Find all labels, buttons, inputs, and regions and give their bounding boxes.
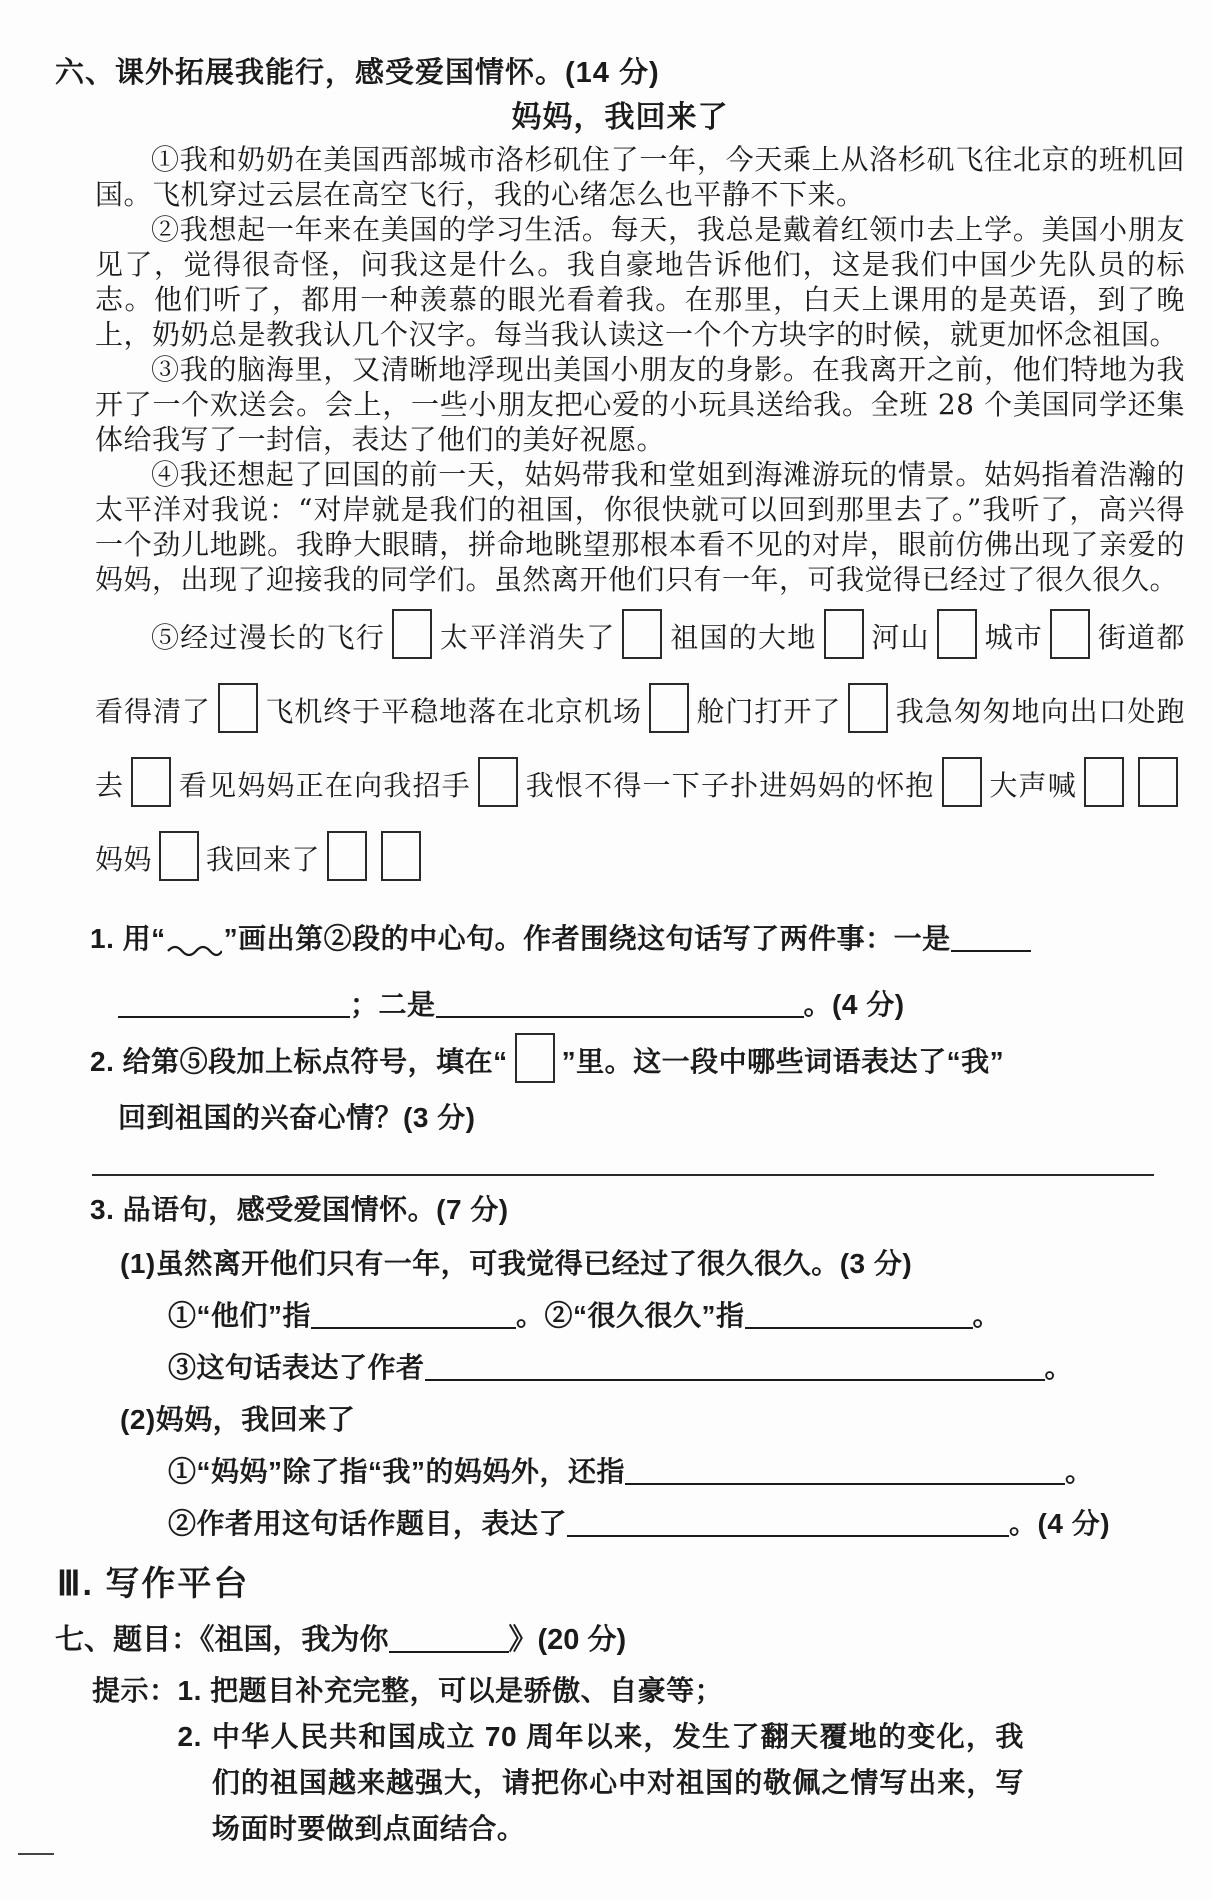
text-run: 祖国的大地	[669, 621, 816, 654]
text-run: 。②“很久很久”指	[516, 1300, 745, 1331]
question-3-item-1: (1)虽然离开他们只有一年，可我觉得已经过了很久很久。(3 分)	[120, 1238, 1185, 1290]
text-run: 看见妈妈正在向我招手	[178, 769, 471, 802]
punctuation-box[interactable]	[515, 1033, 555, 1083]
passage-paragraph-3: ③我的脑海里，又清晰地浮现出美国小朋友的身影。在我离开之前，他们特地为我开了一个…	[95, 352, 1185, 457]
text-run: 河山	[871, 621, 930, 654]
hint-label: 提示：	[92, 1668, 178, 1852]
punctuation-box[interactable]	[1050, 609, 1090, 659]
fill-in-blank[interactable]	[436, 992, 804, 1018]
text-run: ；二是	[350, 989, 436, 1020]
text-run: 妈妈	[95, 843, 152, 876]
text-run: ③这句话表达了作者	[168, 1352, 425, 1383]
text-run: 七、题目：《祖国，我为你	[55, 1624, 389, 1656]
question-2-answer-line[interactable]	[92, 1174, 1154, 1176]
text-run: 。	[973, 1300, 1002, 1331]
text-run: 2. 给第⑤段加上标点符号，填在“	[90, 1046, 508, 1077]
essay-title-line: 七、题目：《祖国，我为你》(20 分)	[55, 1612, 1185, 1668]
text-run: 大声喊	[989, 769, 1077, 802]
text-run: 。	[1045, 1352, 1074, 1383]
punctuation-box[interactable]	[1084, 757, 1124, 807]
punctuation-box[interactable]	[392, 609, 432, 659]
text-run: 城市	[984, 621, 1043, 654]
fill-in-blank[interactable]	[951, 926, 1031, 952]
punctuation-box[interactable]	[159, 831, 199, 881]
text-run: 飞机终于平稳地落在北京机场	[265, 695, 642, 728]
hint-item-2-text: 中华人民共和国成立 70 周年以来，发生了翻天覆地的变化，我们的祖国越来越强大，…	[212, 1714, 1024, 1852]
punctuation-box[interactable]	[937, 609, 977, 659]
passage-title: 妈妈，我回来了	[55, 100, 1185, 136]
text-run: 舱门打开了	[696, 695, 841, 728]
text-run: 。(4 分)	[1009, 1508, 1110, 1539]
question-2-line-1: 2. 给第⑤段加上标点符号，填在“”里。这一段中哪些词语表达了“我”	[90, 1033, 1185, 1090]
hint-items: 1. 把题目补充完整，可以是骄傲、自豪等； 2. 中华人民共和国成立 70 周年…	[178, 1668, 1024, 1852]
hint-item-1: 1. 把题目补充完整，可以是骄傲、自豪等；	[178, 1668, 1024, 1714]
text-run: 1. 用“	[90, 923, 166, 954]
page-content: 六、课外拓展我能行，感受爱国情怀。(14 分) 妈妈，我回来了 ①我和奶奶在美国…	[0, 0, 1212, 1852]
fill-in-blank[interactable]	[425, 1355, 1045, 1381]
fill-in-blank[interactable]	[567, 1511, 1009, 1537]
question-3-heading: 3. 品语句，感受爱国情怀。(7 分)	[90, 1182, 1185, 1238]
punctuation-box[interactable]	[327, 831, 367, 881]
text-run: 我回来了	[206, 843, 320, 876]
fill-in-blank[interactable]	[745, 1303, 973, 1329]
question-2-line-2: 回到祖国的兴奋心情？(3 分)	[118, 1090, 1185, 1146]
essay-hints: 提示： 1. 把题目补充完整，可以是骄傲、自豪等； 2. 中华人民共和国成立 7…	[92, 1668, 1185, 1852]
reading-section-heading: 六、课外拓展我能行，感受爱国情怀。(14 分)	[55, 56, 1185, 90]
text-run: ②作者用这句话作题目，表达了	[168, 1508, 567, 1539]
question-3-item-1-sub-2: ③这句话表达了作者。	[168, 1342, 1185, 1394]
question-3-item-2: (2)妈妈，我回来了	[120, 1394, 1185, 1446]
punctuation-box[interactable]	[848, 683, 888, 733]
passage-paragraph-2: ②我想起一年来在美国的学习生活。每天，我总是戴着红领巾去上学。美国小朋友见了，觉…	[95, 212, 1185, 352]
text-run: ①“他们”指	[168, 1300, 311, 1331]
writing-section-heading: Ⅲ. 写作平台	[57, 1560, 1185, 1608]
text-run: ⑤经过漫长的飞行	[151, 621, 385, 654]
question-3-item-1-sub-1: ①“他们”指。②“很久很久”指。	[168, 1290, 1185, 1342]
text-run: 。(4 分)	[804, 989, 905, 1020]
hint-item-2-number: 2.	[178, 1714, 202, 1852]
punctuation-box[interactable]	[649, 683, 689, 733]
text-run: 太平洋消失了	[439, 621, 615, 654]
question-3-item-2-sub-2: ②作者用这句话作题目，表达了。(4 分)	[168, 1498, 1185, 1550]
text-run: ”画出第②段的中心句。作者围绕这句话写了两件事：一是	[224, 923, 951, 954]
hint-item-2: 2. 中华人民共和国成立 70 周年以来，发生了翻天覆地的变化，我们的祖国越来越…	[178, 1714, 1024, 1852]
text-run: ”里。这一段中哪些词语表达了“我”	[562, 1046, 1005, 1077]
punctuation-box[interactable]	[218, 683, 258, 733]
punctuation-box[interactable]	[942, 757, 982, 807]
passage-paragraph-1: ①我和奶奶在美国西部城市洛杉矶住了一年，今天乘上从洛杉矶飞往北京的班机回国。飞机…	[95, 142, 1185, 212]
punctuation-box[interactable]	[622, 609, 662, 659]
fill-in-blank[interactable]	[311, 1303, 516, 1329]
punctuation-box[interactable]	[131, 757, 171, 807]
fill-in-blank[interactable]	[118, 992, 350, 1018]
reading-questions: 1. 用“”画出第②段的中心句。作者围绕这句话写了两件事：一是 ；二是。(4 分…	[90, 911, 1185, 1550]
text-run: 。	[1065, 1456, 1094, 1487]
text-run: 》(20 分)	[509, 1624, 627, 1656]
question-3-item-2-sub-1: ①“妈妈”除了指“我”的妈妈外，还指。	[168, 1446, 1185, 1498]
wavy-underline-icon	[166, 921, 224, 977]
punctuation-box[interactable]	[824, 609, 864, 659]
passage-paragraph-5-with-punctuation-boxes: ⑤经过漫长的飞行太平洋消失了祖国的大地河山城市街道都看得清了飞机终于平稳地落在北…	[95, 601, 1185, 897]
punctuation-box[interactable]	[381, 831, 421, 881]
punctuation-box[interactable]	[1138, 757, 1178, 807]
passage-paragraph-4: ④我还想起了回国的前一天，姑妈带我和堂姐到海滩游玩的情景。姑妈指着浩瀚的太平洋对…	[95, 457, 1185, 597]
punctuation-box[interactable]	[478, 757, 518, 807]
question-1-line-2: ；二是。(4 分)	[118, 977, 1185, 1033]
question-1-line-1: 1. 用“”画出第②段的中心句。作者围绕这句话写了两件事：一是	[90, 911, 1185, 977]
text-run: 我恨不得一下子扑进妈妈的怀抱	[525, 769, 935, 802]
reading-passage: ①我和奶奶在美国西部城市洛杉矶住了一年，今天乘上从洛杉矶飞往北京的班机回国。飞机…	[95, 142, 1185, 897]
fill-in-blank[interactable]	[389, 1626, 509, 1653]
footer-page-mark	[18, 1853, 54, 1855]
fill-in-blank[interactable]	[625, 1459, 1065, 1485]
text-run: ①“妈妈”除了指“我”的妈妈外，还指	[168, 1456, 625, 1487]
worksheet-page: 六、课外拓展我能行，感受爱国情怀。(14 分) 妈妈，我回来了 ①我和奶奶在美国…	[0, 0, 1212, 1899]
